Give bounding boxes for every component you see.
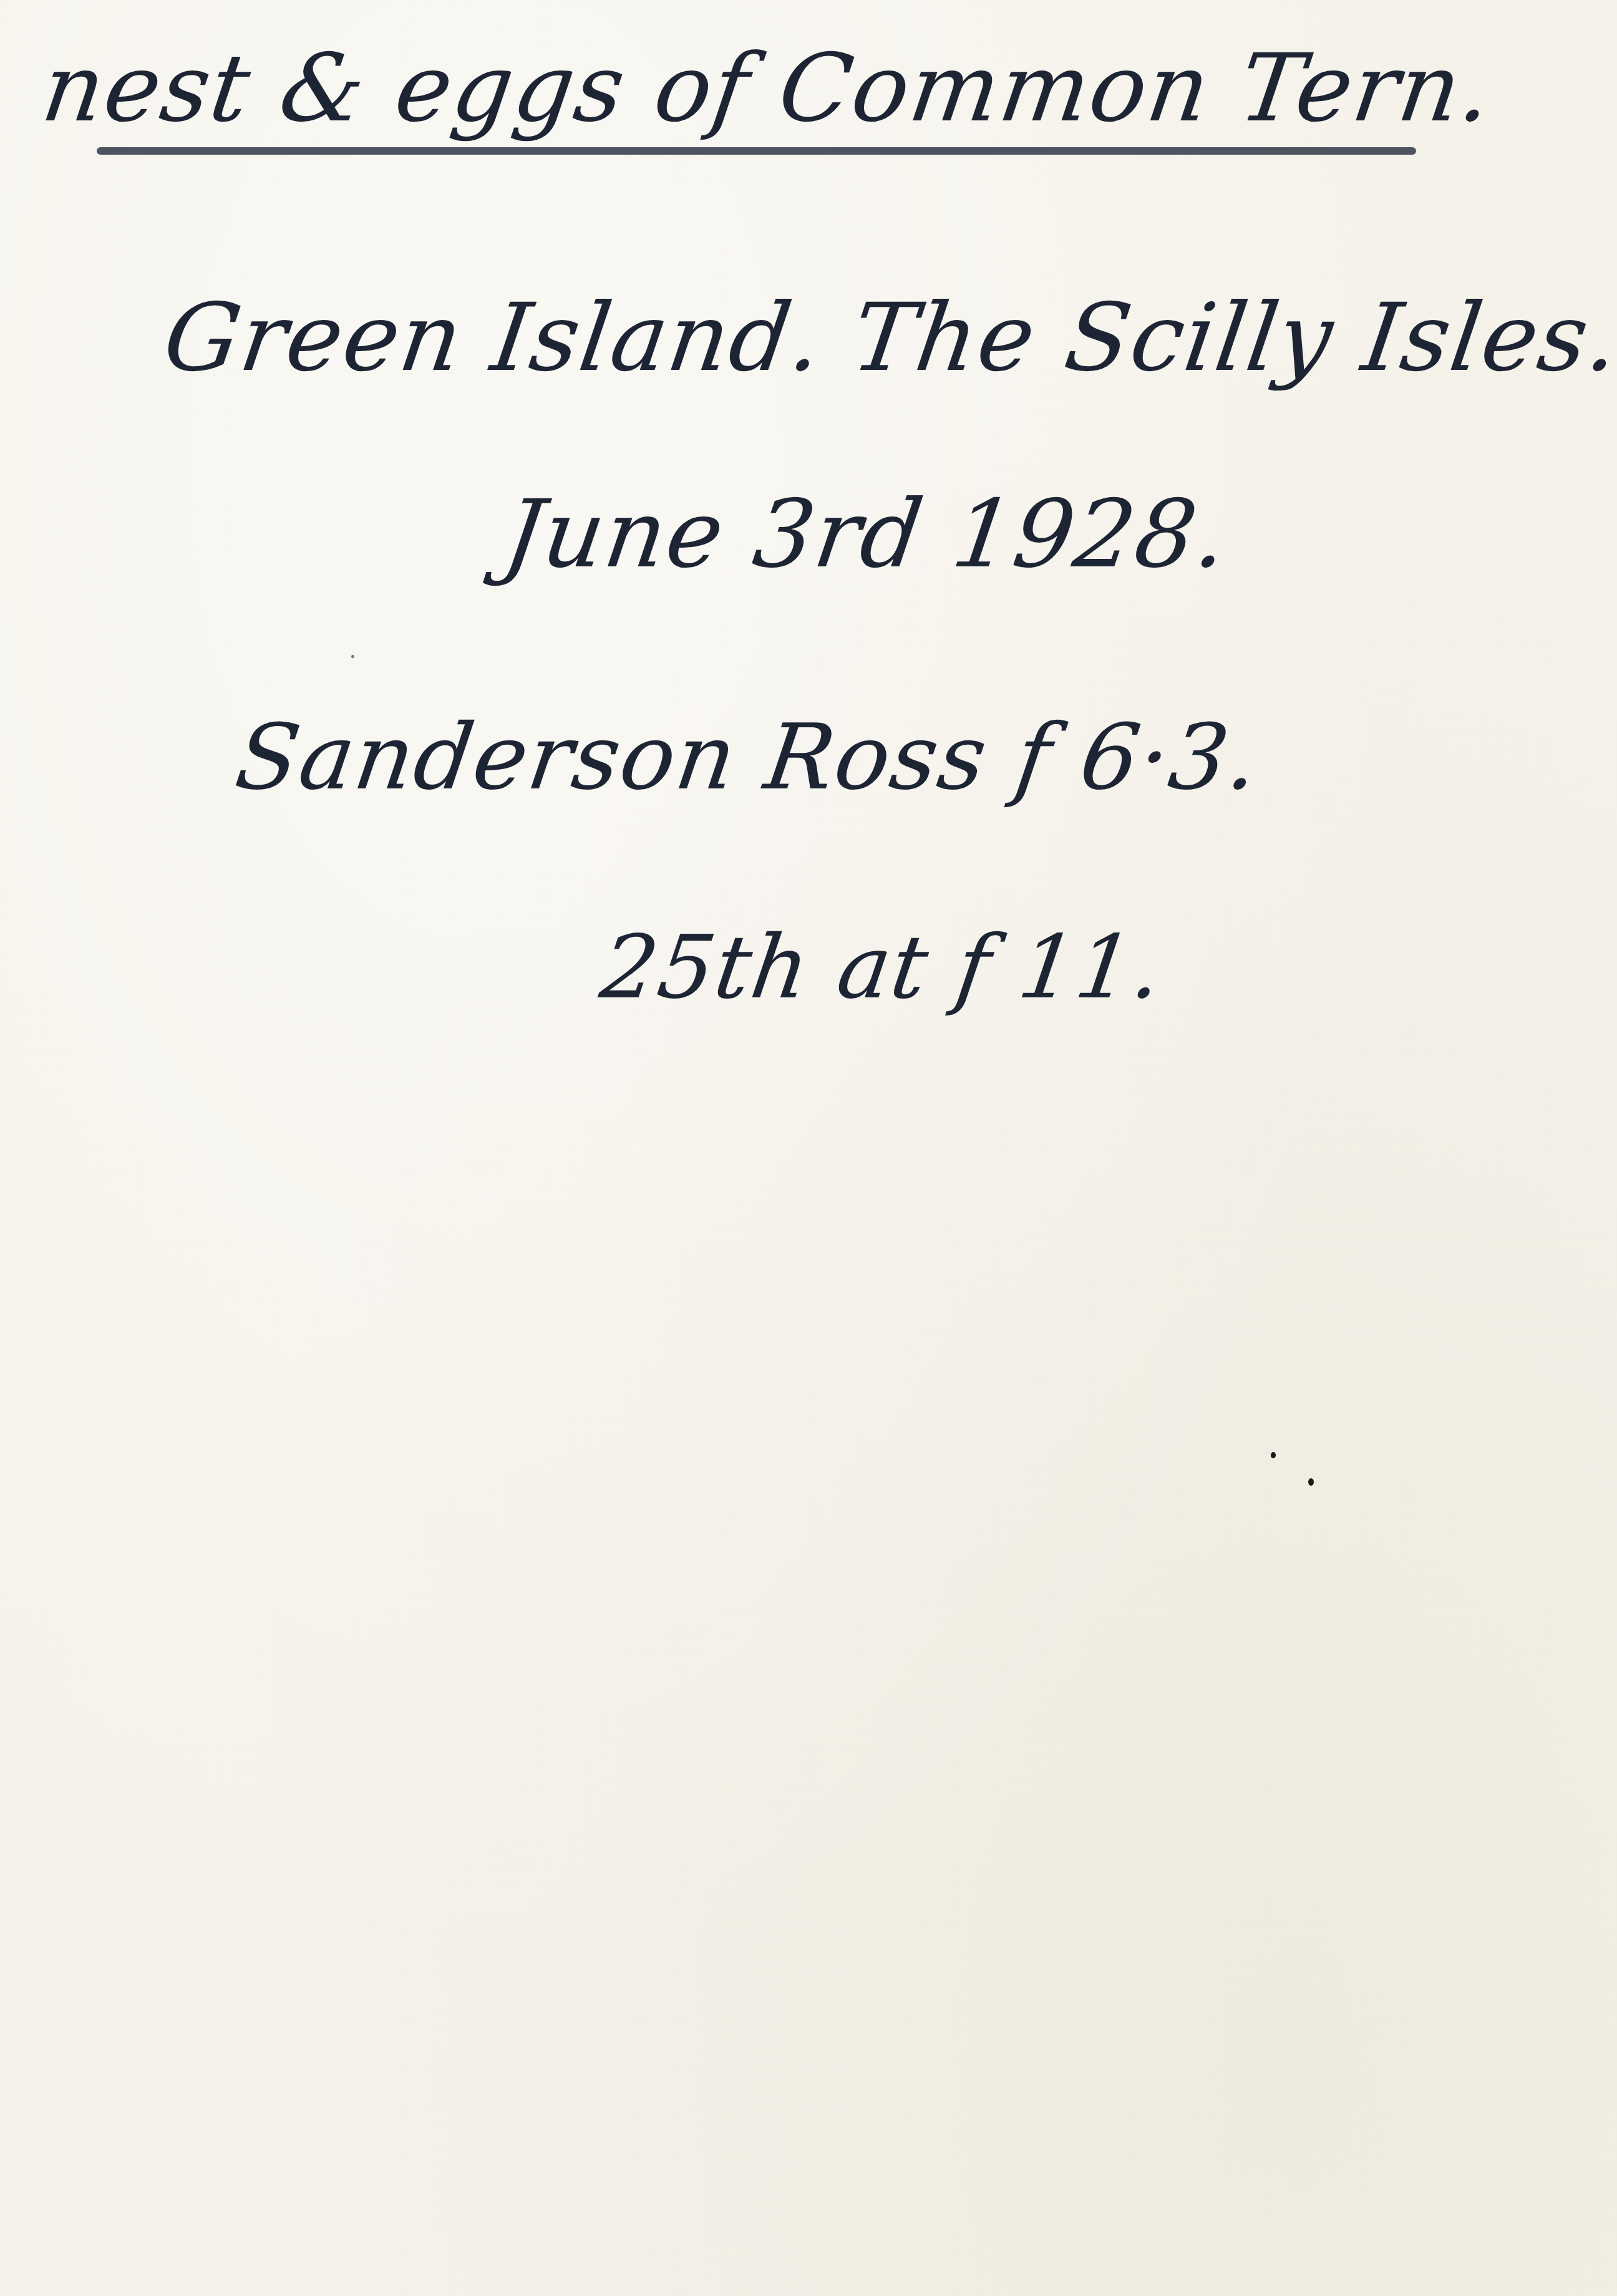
location-line: Green Island. The Scilly Isles.: [158, 284, 1617, 392]
date-line: June 3rd 1928.: [498, 480, 1236, 589]
camera-settings-line: Sanderson Ross f 6·3.: [230, 705, 1266, 810]
ink-speck: [1308, 1478, 1314, 1486]
ink-speck: [1271, 1452, 1276, 1458]
exposure-line: 25th at f 11.: [595, 917, 1170, 1019]
ink-speck: [351, 655, 354, 658]
card-title: nest & eggs of Common Tern.: [36, 34, 1500, 143]
title-underline: [97, 147, 1416, 155]
